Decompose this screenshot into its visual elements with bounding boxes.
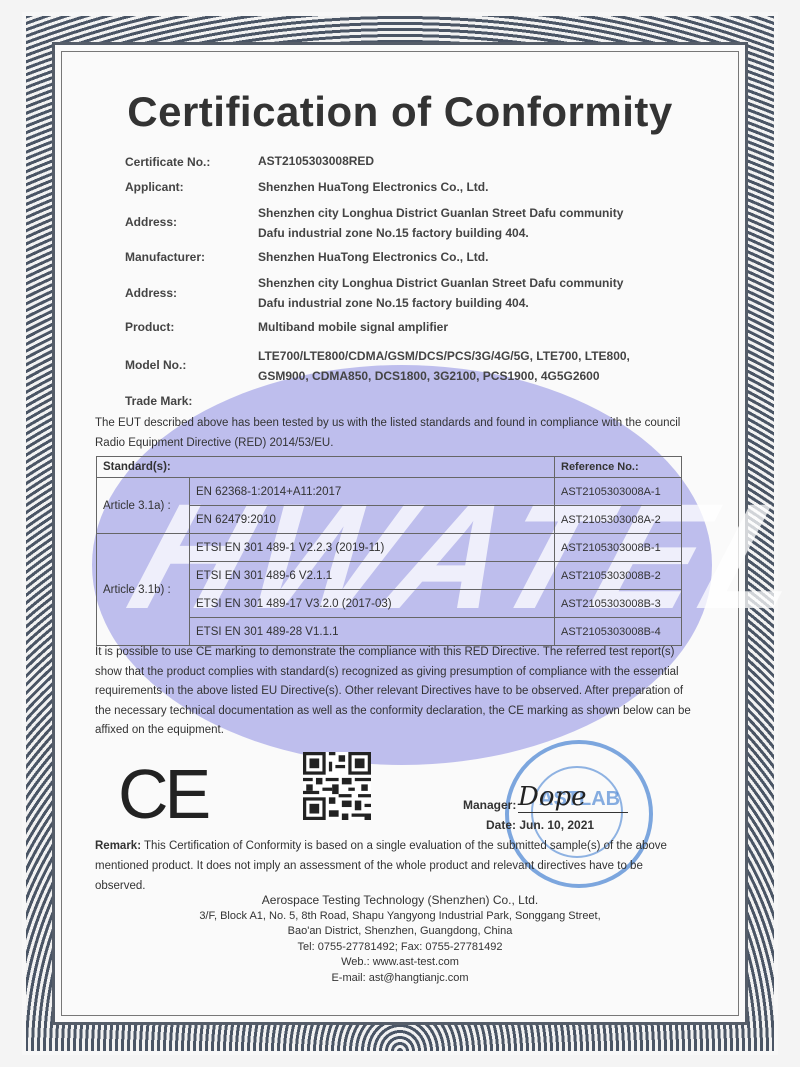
date-value: Jun. 10, 2021 <box>519 818 594 832</box>
table-row: Article 3.1a) : EN 62368-1:2014+A11:2017… <box>97 478 682 506</box>
ce-mark-icon: CE <box>118 754 207 834</box>
manager-signature: Dope <box>518 782 628 813</box>
date-field: Date: Jun. 10, 2021 <box>486 818 594 832</box>
qr-code-icon <box>303 752 371 820</box>
issuer-address-line2: Bao'an District, Shenzhen, Guangdong, Ch… <box>0 924 800 940</box>
remark-label: Remark: <box>95 840 141 852</box>
applicant-address-line2: Dafu industrial zone No.15 factory build… <box>258 223 529 243</box>
article-cell: Article 3.1b) : <box>97 534 190 646</box>
standard-cell: ETSI EN 301 489-6 V2.1.1 <box>190 562 555 590</box>
manufacturer-address-line2: Dafu industrial zone No.15 factory build… <box>258 293 529 313</box>
model-no-label: Model No.: <box>125 358 186 372</box>
manufacturer-value: Shenzhen HuaTong Electronics Co., Ltd. <box>258 247 488 267</box>
applicant-label: Applicant: <box>125 180 184 194</box>
manufacturer-address-line1: Shenzhen city Longhua District Guanlan S… <box>258 273 623 293</box>
model-no-line2: GSM900, CDMA850, DCS1800, 3G2100, PCS190… <box>258 366 600 386</box>
issuer-phone: Tel: 0755-27781492; Fax: 0755-27781492 <box>0 940 800 956</box>
remark-section: Remark: This Certification of Conformity… <box>95 836 685 896</box>
trade-mark-label: Trade Mark: <box>125 394 192 408</box>
product-label: Product: <box>125 320 174 334</box>
reference-cell: AST2105303008B-3 <box>555 590 682 618</box>
compliance-text: It is possible to use CE marking to demo… <box>95 643 695 741</box>
issuer-footer: Aerospace Testing Technology (Shenzhen) … <box>0 893 800 986</box>
standards-table: Standard(s): Reference No.: Article 3.1a… <box>96 456 682 646</box>
manufacturer-label: Manufacturer: <box>125 250 205 264</box>
applicant-value: Shenzhen HuaTong Electronics Co., Ltd. <box>258 177 488 197</box>
remark-text: This Certification of Conformity is base… <box>95 840 667 892</box>
manufacturer-address-label: Address: <box>125 286 177 300</box>
table-row: Article 3.1b) : ETSI EN 301 489-1 V2.2.3… <box>97 534 682 562</box>
standards-header: Standard(s): <box>97 457 555 478</box>
standard-cell: ETSI EN 301 489-17 V3.2.0 (2017-03) <box>190 590 555 618</box>
product-value: Multiband mobile signal amplifier <box>258 317 448 337</box>
certificate-no-value: AST2105303008RED <box>258 151 374 171</box>
article-cell: Article 3.1a) : <box>97 478 190 534</box>
standard-cell: EN 62479:2010 <box>190 506 555 534</box>
reference-cell: AST2105303008A-1 <box>555 478 682 506</box>
reference-cell: AST2105303008A-2 <box>555 506 682 534</box>
applicant-address-line1: Shenzhen city Longhua District Guanlan S… <box>258 203 623 223</box>
manager-label: Manager: <box>463 798 516 812</box>
date-label: Date: <box>486 818 516 832</box>
issuer-address-line1: 3/F, Block A1, No. 5, 8th Road, Shapu Ya… <box>0 909 800 925</box>
applicant-address-label: Address: <box>125 215 177 229</box>
model-no-line1: LTE700/LTE800/CDMA/GSM/DCS/PCS/3G/4G/5G,… <box>258 346 630 366</box>
certificate-no-label: Certificate No.: <box>125 155 210 169</box>
reference-cell: AST2105303008B-4 <box>555 618 682 646</box>
issuer-email: E-mail: ast@hangtianjc.com <box>0 971 800 987</box>
reference-cell: AST2105303008B-2 <box>555 562 682 590</box>
reference-header: Reference No.: <box>555 457 682 478</box>
certificate-title: Certification of Conformity <box>0 88 800 136</box>
intro-text: The EUT described above has been tested … <box>95 414 695 453</box>
standard-cell: ETSI EN 301 489-1 V2.2.3 (2019-11) <box>190 534 555 562</box>
issuer-company: Aerospace Testing Technology (Shenzhen) … <box>0 893 800 909</box>
issuer-web: Web.: www.ast-test.com <box>0 955 800 971</box>
standard-cell: EN 62368-1:2014+A11:2017 <box>190 478 555 506</box>
reference-cell: AST2105303008B-1 <box>555 534 682 562</box>
standard-cell: ETSI EN 301 489-28 V1.1.1 <box>190 618 555 646</box>
